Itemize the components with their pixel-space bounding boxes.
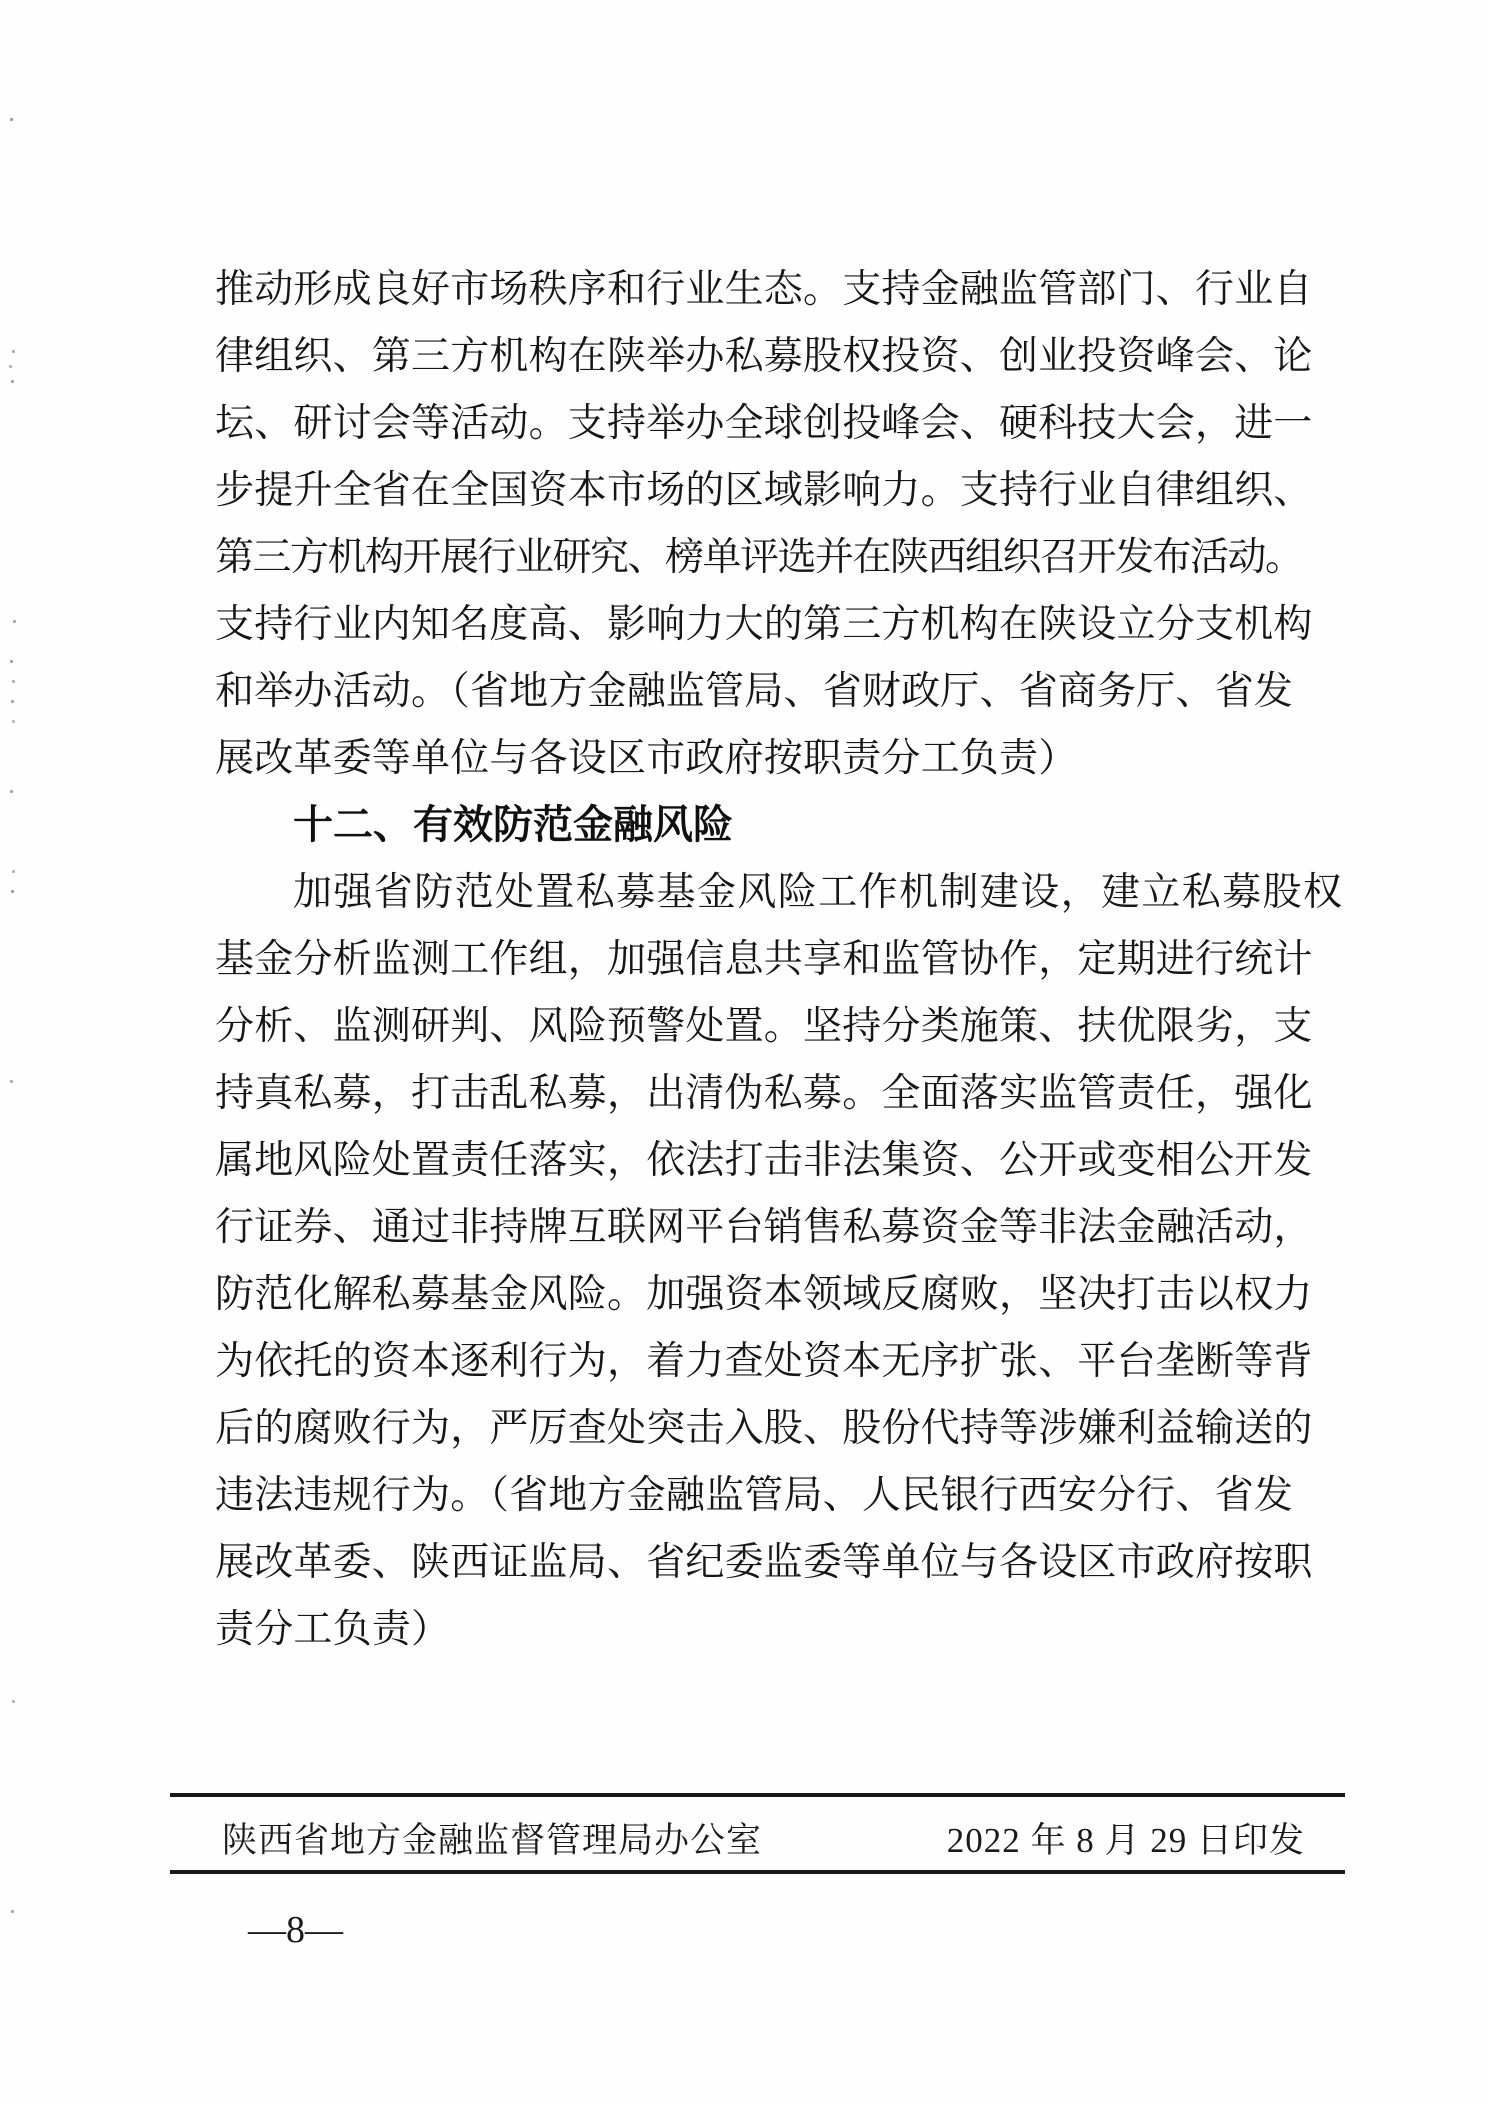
body-line: 基金分析监测工作组，加强信息共享和监管协作，定期进行统计	[215, 926, 1315, 993]
footer-bottom-rule	[170, 1870, 1345, 1874]
footer-office: 陕西省地方金融监督管理局办公室	[222, 1813, 762, 1863]
body-line: 分析、监测研判、风险预警处置。坚持分类施策、扶优限劣，支	[215, 993, 1315, 1060]
colophon: 陕西省地方金融监督管理局办公室 2022 年 8 月 29 日印发	[170, 1812, 1305, 1864]
page-number: —8—	[248, 1908, 343, 1952]
body-line: 第三方机构开展行业研究、榜单评选并在陕西组织召开发布活动。	[215, 524, 1315, 591]
body-line: 推动形成良好市场秩序和行业生态。支持金融监管部门、行业自	[215, 256, 1315, 323]
footer-top-rule	[170, 1793, 1345, 1797]
body-line: 展改革委等单位与各设区市政府按职责分工负责）	[215, 725, 1315, 792]
body-line: 律组织、第三方机构在陕举办私募股权投资、创业投资峰会、论	[215, 323, 1315, 390]
section-heading: 十二、有效防范金融风险	[215, 792, 1315, 859]
body-line: 属地风险处置责任落实，依法打击非法集资、公开或变相公开发	[215, 1127, 1315, 1194]
body-line: 责分工负责）	[215, 1596, 1315, 1663]
body-line: 坛、研讨会等活动。支持举办全球创投峰会、硬科技大会，进一	[215, 390, 1315, 457]
body-line: 后的腐败行为，严厉查处突击入股、股份代持等涉嫌利益输送的	[215, 1395, 1315, 1462]
body-line: 行证券、通过非持牌互联网平台销售私募资金等非法金融活动，	[215, 1194, 1315, 1261]
body-line: 违法违规行为。（省地方金融监管局、人民银行西安分行、省发	[215, 1462, 1315, 1529]
body-line: 为依托的资本逐利行为，着力查处资本无序扩张、平台垄断等背	[215, 1328, 1315, 1395]
document-page: 推动形成良好市场秩序和行业生态。支持金融监管部门、行业自 律组织、第三方机构在陕…	[0, 0, 1488, 2104]
body-line: 支持行业内知名度高、影响力大的第三方机构在陕设立分支机构	[215, 591, 1315, 658]
body-line: 持真私募，打击乱私募，出清伪私募。全面落实监管责任，强化	[215, 1060, 1315, 1127]
body-line: 加强省防范处置私募基金风险工作机制建设，建立私募股权	[215, 859, 1315, 926]
body-line: 防范化解私募基金风险。加强资本领域反腐败，坚决打击以权力	[215, 1261, 1315, 1328]
document-body: 推动形成良好市场秩序和行业生态。支持金融监管部门、行业自 律组织、第三方机构在陕…	[215, 256, 1315, 1663]
scan-artifacts	[10, 118, 13, 121]
body-line: 展改革委、陕西证监局、省纪委监委等单位与各设区市政府按职	[215, 1529, 1315, 1596]
footer-date: 2022 年 8 月 29 日印发	[947, 1813, 1305, 1863]
body-line: 和举办活动。（省地方金融监管局、省财政厅、省商务厅、省发	[215, 658, 1315, 725]
body-line: 步提升全省在全国资本市场的区域影响力。支持行业自律组织、	[215, 457, 1315, 524]
